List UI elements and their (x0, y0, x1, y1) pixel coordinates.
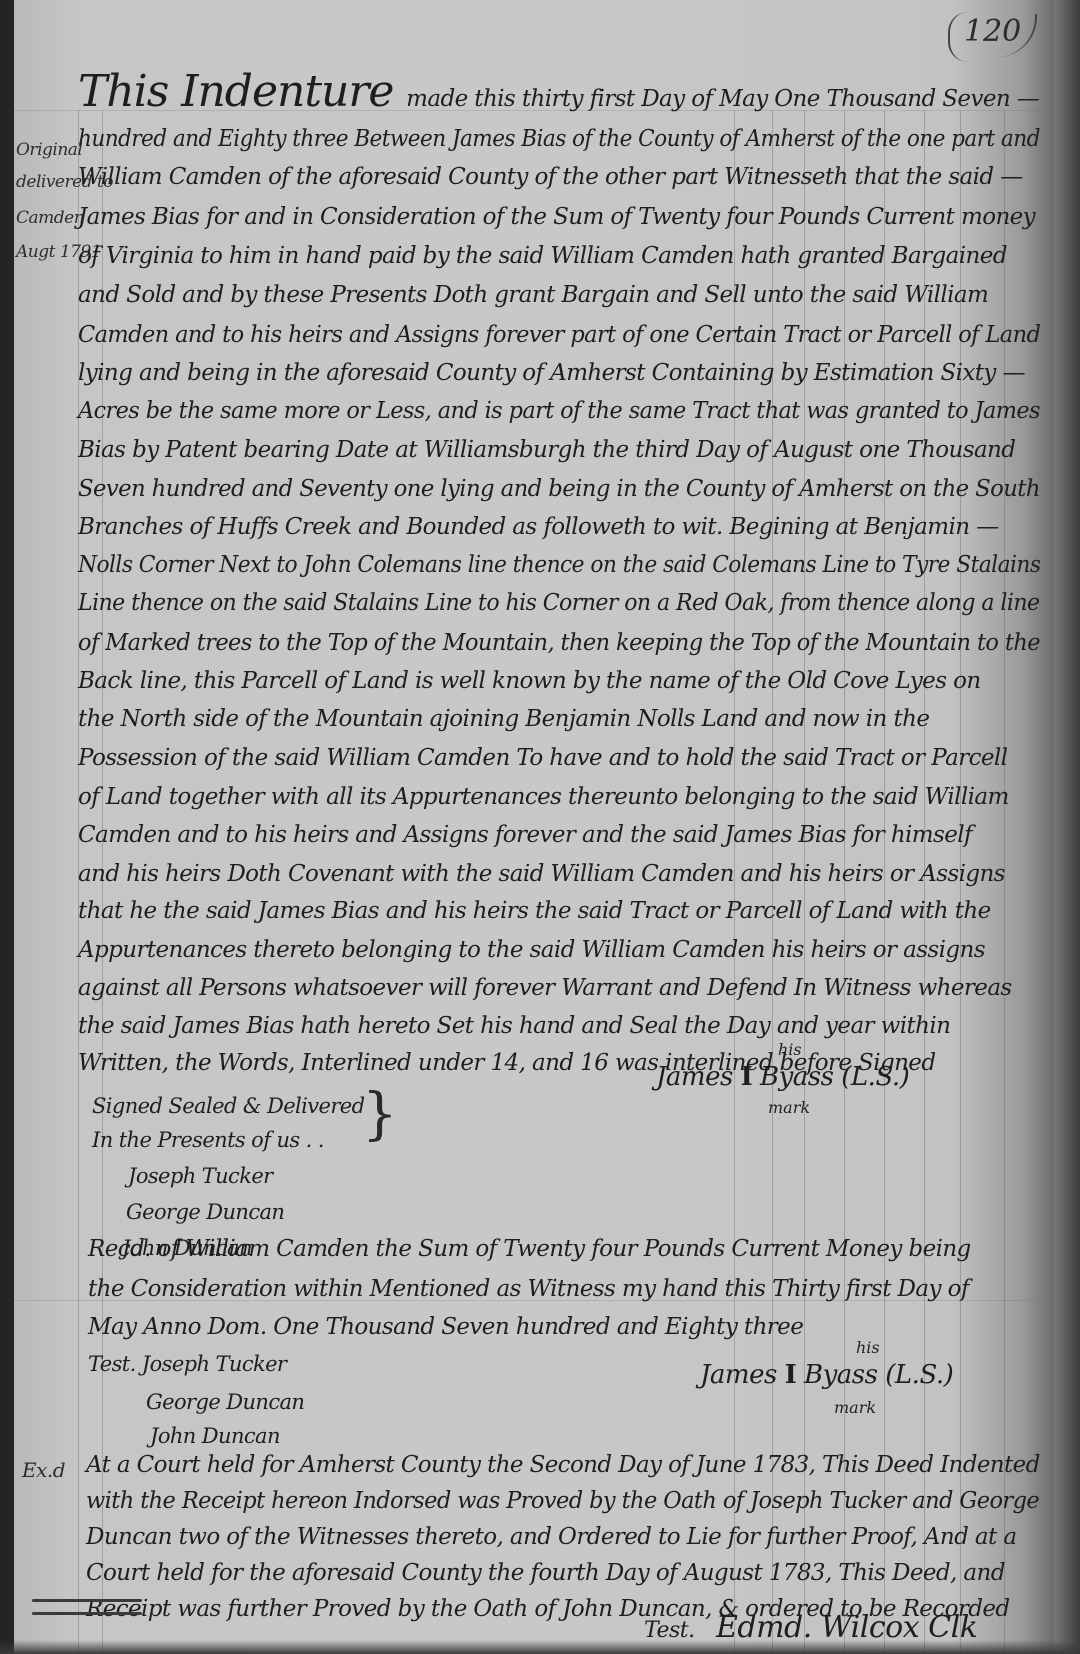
margin-note: Camden (16, 208, 84, 228)
deed-line: Line thence on the said Stalains Line to… (78, 590, 1039, 616)
receipt-line: Recd. of William Camden the Sum of Twent… (88, 1236, 971, 1262)
deed-line: Possession of the said William Camden To… (78, 745, 1007, 771)
deed-line: lying and being in the aforesaid County … (78, 360, 1025, 386)
witness-name: George Duncan (126, 1200, 284, 1224)
attestation-line-2: In the Presents of us . . (92, 1128, 324, 1152)
deed-line: Branches of Huffs Creek and Bounded as f… (78, 514, 999, 540)
deed-line: Appurtenances thereto belonging to the s… (78, 937, 985, 963)
deed-line: Back line, this Parcell of Land is well … (78, 668, 981, 694)
deed-line-1: This Indenture made this thirty first Da… (78, 66, 1039, 117)
deed-line: Bias by Patent bearing Date at Williamsb… (78, 437, 1015, 463)
signature-mark: mark (834, 1398, 876, 1417)
deed-title-indenture: Indenture (181, 66, 393, 117)
court-line: Court held for the aforesaid County the … (86, 1560, 1005, 1586)
court-line: At a Court held for Amherst County the S… (86, 1452, 1040, 1478)
court-line: Duncan two of the Witnesses thereto, and… (86, 1524, 1017, 1550)
receipt-signature: James I Byass (L.S.) (700, 1360, 953, 1390)
deed-line: hundred and Eighty three Between James B… (78, 126, 1040, 152)
x-mark-icon: I (785, 1360, 797, 1390)
signature-his: his (778, 1040, 802, 1059)
signature-his: his (856, 1338, 880, 1357)
double-rule-mark (32, 1612, 142, 1615)
deed-title-this: This (78, 66, 168, 117)
deed-line: and Sold and by these Presents Doth gran… (78, 282, 988, 308)
witness-name: George Duncan (146, 1390, 304, 1414)
attestation-brace: } (362, 1082, 398, 1147)
clerk-signature: Edmd. Wilcox Clk (716, 1610, 977, 1645)
deed-line: Seven hundred and Seventy one lying and … (78, 476, 1040, 502)
deed-line: the said James Bias hath hereto Set his … (78, 1013, 950, 1039)
deed-line: that he the said James Bias and his heir… (78, 898, 991, 924)
witness-name: Joseph Tucker (128, 1164, 273, 1188)
deed-line: William Camden of the aforesaid County o… (78, 164, 1023, 190)
deed-line: and his heirs Doth Covenant with the sai… (78, 861, 1005, 887)
deed-line: Camden and to his heirs and Assigns fore… (78, 822, 972, 848)
margin-note-ex: Ex.d (22, 1458, 65, 1482)
double-rule-mark (32, 1599, 142, 1602)
receipt-line: the Consideration within Mentioned as Wi… (88, 1276, 969, 1302)
signature-mark: mark (768, 1098, 810, 1117)
deed-signature: James I Byass (L.S.) (656, 1062, 909, 1092)
court-line: with the Receipt hereon Indorsed was Pro… (86, 1488, 1039, 1514)
deed-line: James Bias for and in Consideration of t… (78, 204, 1035, 230)
deed-line: Acres be the same more or Less, and is p… (78, 398, 1040, 424)
deed-line: Nolls Corner Next to John Colemans line … (78, 552, 1040, 578)
witness-name: John Duncan (150, 1424, 280, 1448)
deed-line: Camden and to his heirs and Assigns fore… (78, 322, 1040, 348)
x-mark-icon: I (741, 1062, 753, 1092)
court-test-label: Test. (644, 1618, 695, 1643)
deed-line: of Virginia to him in hand paid by the s… (78, 243, 1007, 269)
deed-line: of Land together with all its Appurtenan… (78, 784, 1009, 810)
deed-line: against all Persons whatsoever will fore… (78, 975, 1012, 1001)
receipt-test: Test. Joseph Tucker (88, 1352, 286, 1376)
scan-edge-right (1054, 0, 1080, 1654)
deed-line: the North side of the Mountain ajoining … (78, 706, 929, 732)
scan-edge-left (0, 0, 14, 1654)
attestation-line-1: Signed Sealed & Delivered (92, 1094, 364, 1118)
margin-note: Original (16, 140, 82, 160)
deed-line: of Marked trees to the Top of the Mounta… (78, 630, 1040, 656)
receipt-line: May Anno Dom. One Thousand Seven hundred… (88, 1314, 803, 1340)
